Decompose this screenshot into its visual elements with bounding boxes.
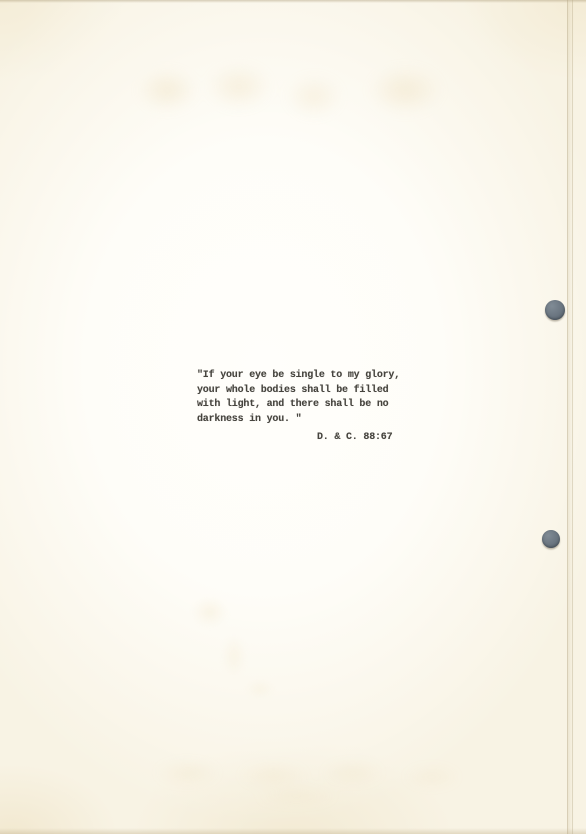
- page-top-edge-shadow: [0, 0, 586, 3]
- page-right-edge: [567, 0, 586, 834]
- binding-grommet-bottom: [542, 530, 560, 548]
- bleed-through-ghost-bottom: [148, 752, 478, 804]
- quote-attribution: D. & C. 88:67: [317, 431, 427, 446]
- scanned-page: "If your eye be single to my glory, your…: [0, 0, 586, 834]
- page-bottom-edge-shadow: [0, 828, 586, 834]
- quote-line: your whole bodies shall be filled: [197, 384, 427, 399]
- binding-grommet-top: [545, 300, 565, 320]
- quote-line: darkness in you. ": [197, 413, 427, 428]
- paper-stain: [150, 590, 350, 700]
- bleed-through-ghost-top: [138, 48, 464, 136]
- quote-line: "If your eye be single to my glory,: [197, 369, 427, 384]
- scripture-quote: "If your eye be single to my glory, your…: [197, 369, 427, 446]
- quote-line: with light, and there shall be no: [197, 398, 427, 413]
